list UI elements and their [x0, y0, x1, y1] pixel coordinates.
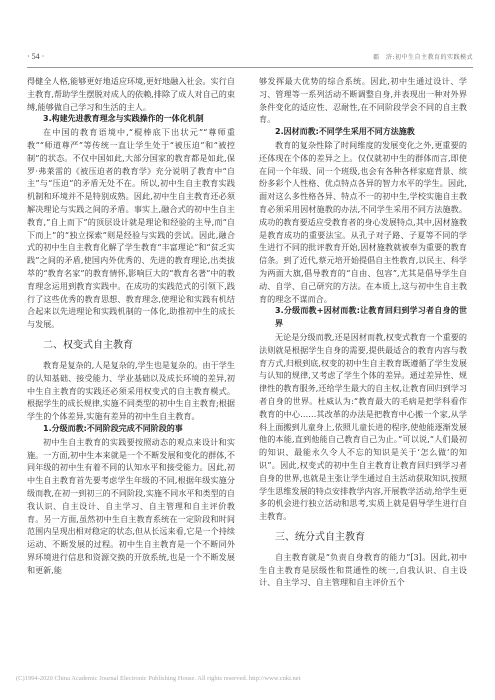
copyright-footer: (C)1994-2020 China Academic Journal Elec… [16, 675, 300, 682]
page-header: · 54 · 郡 浒:初中生自主教育的实践模式 [27, 52, 473, 64]
subsection-heading: 1.分级而教:不同阶段完成不同阶段的事 [27, 423, 235, 436]
right-column: 够发挥最大优势的综合系统。因此,初中生通过设计、学习、管理等一系列活动不断调整自… [259, 75, 467, 589]
page-number: · 54 · [27, 52, 44, 61]
left-column: 得健全人格,能够更好地适应环境,更好地融入社会。实行自主教育,帮助学生摆脱对成人… [27, 75, 235, 576]
paragraph: 自主教育就是“负责自身教育的能力”[3]。因此,初中生自主教育是层级性和贯通性的… [259, 551, 467, 589]
paragraph: 教育的复杂性除了时间维度的发展变化之外,更重要的还体现在个体的差异之上。仅仅就初… [259, 139, 467, 305]
header-rule [27, 67, 473, 68]
paragraph: 在中国的教育语境中,“棍棒底下出状元”“尊师重教”“师道尊严”等传统一直让学生处… [27, 126, 235, 331]
subsection-heading: 2.因材而教:不同学生采用不同方法施教 [259, 126, 467, 139]
section-heading: 三、统分式自主教育 [259, 531, 467, 545]
paragraph: 初中生自主教育的实践要按照动态的观点来设计和实施。一方面,初中生本来就是一个不断… [27, 436, 235, 577]
paragraph: 够发挥最大优势的综合系统。因此,初中生通过设计、学习、管理等一系列活动不断调整自… [259, 75, 467, 126]
subsection-heading: 3.分级而教+因材而教:让教育回归到学习者自身的世界 [259, 305, 467, 331]
running-title: 郡 浒:初中生自主教育的实践模式 [373, 52, 473, 61]
journal-page: · 54 · 郡 浒:初中生自主教育的实践模式 得健全人格,能够更好地适应环境,… [0, 0, 495, 700]
paragraph: 无论是分级而教,还是因材而教,权变式教育一个重要的法则就是根据学生自身的需要,提… [259, 331, 467, 523]
paragraph: 得健全人格,能够更好地适应环境,更好地融入社会。实行自主教育,帮助学生摆脱对成人… [27, 75, 235, 113]
subsection-heading: 3.构建先进教育理念与实践操作的一体化机制 [27, 113, 235, 126]
paragraph: 教育是复杂的,人是复杂的,学生也是复杂的。由于学生的认知基础、接受能力、学业基础… [27, 359, 235, 423]
section-heading: 二、权变式自主教育 [27, 339, 235, 353]
